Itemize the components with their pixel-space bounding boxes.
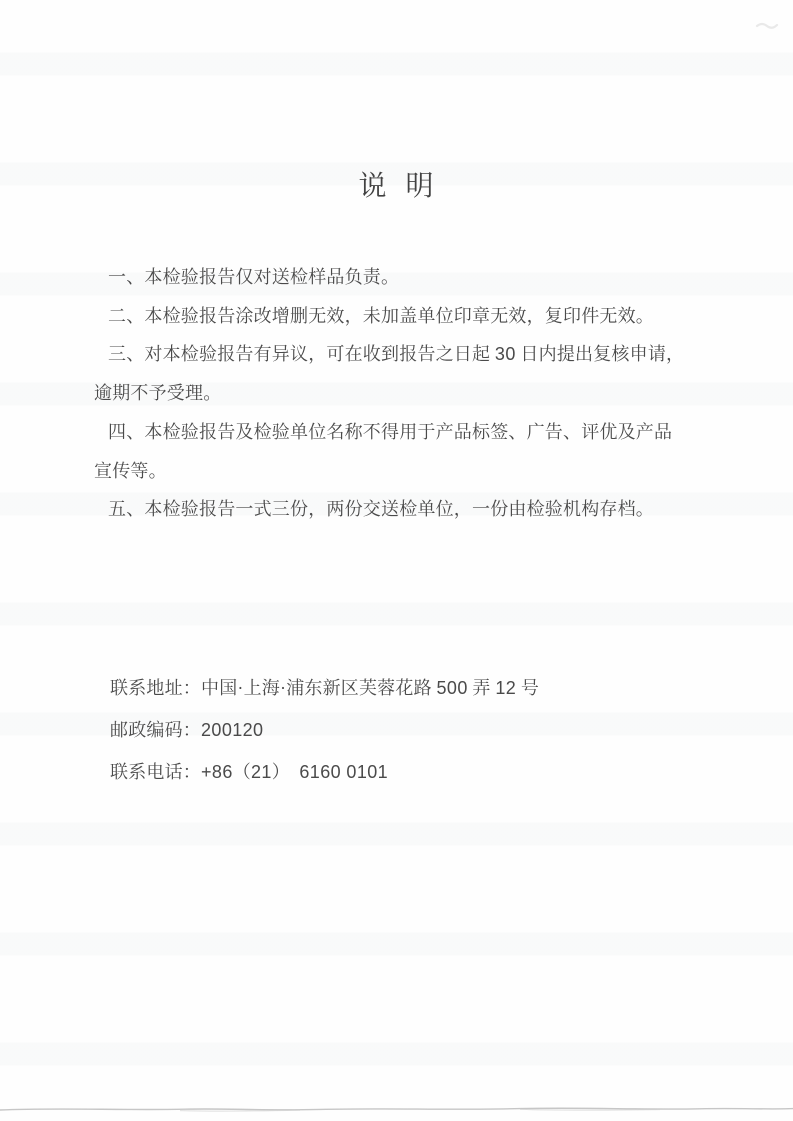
contact-phone-row: 联系电话：+86（21） 6160 0101 (110, 751, 670, 793)
contact-postcode-value: 200120 (201, 720, 263, 740)
page-bottom-scan-edge (0, 1101, 793, 1115)
note-item-2: 二、本检验报告涂改增删无效，未加盖单位印章无效，复印件无效。 (94, 297, 686, 336)
page-title: 说 明 (0, 171, 793, 203)
note-item-4: 四、本检验报告及检验单位名称不得用于产品标签、广告、评优及产品宣传等。 (94, 413, 686, 490)
scan-smudge-icon (755, 20, 779, 34)
note-item-1: 一、本检验报告仅对送检样品负责。 (94, 258, 686, 297)
contact-phone-value: +86（21） 6160 0101 (201, 762, 388, 782)
notes-list: 一、本检验报告仅对送检样品负责。 二、本检验报告涂改增删无效，未加盖单位印章无效… (94, 258, 686, 529)
contact-address-label: 联系地址： (110, 678, 201, 698)
contact-postcode-label: 邮政编码： (110, 720, 201, 740)
contact-postcode-row: 邮政编码：200120 (110, 709, 670, 751)
contact-phone-label: 联系电话： (110, 762, 201, 782)
note-item-5: 五、本检验报告一式三份，两份交送检单位，一份由检验机构存档。 (94, 490, 686, 529)
scanned-document-page: 说 明 一、本检验报告仅对送检样品负责。 二、本检验报告涂改增删无效，未加盖单位… (0, 0, 793, 1121)
contact-address-row: 联系地址：中国·上海·浦东新区芙蓉花路 500 弄 12 号 (110, 667, 670, 709)
note-item-3: 三、对本检验报告有异议，可在收到报告之日起 30 日内提出复核申请，逾期不予受理… (94, 335, 686, 412)
contact-block: 联系地址：中国·上海·浦东新区芙蓉花路 500 弄 12 号 邮政编码：2001… (110, 667, 670, 793)
contact-address-value: 中国·上海·浦东新区芙蓉花路 500 弄 12 号 (201, 678, 539, 698)
